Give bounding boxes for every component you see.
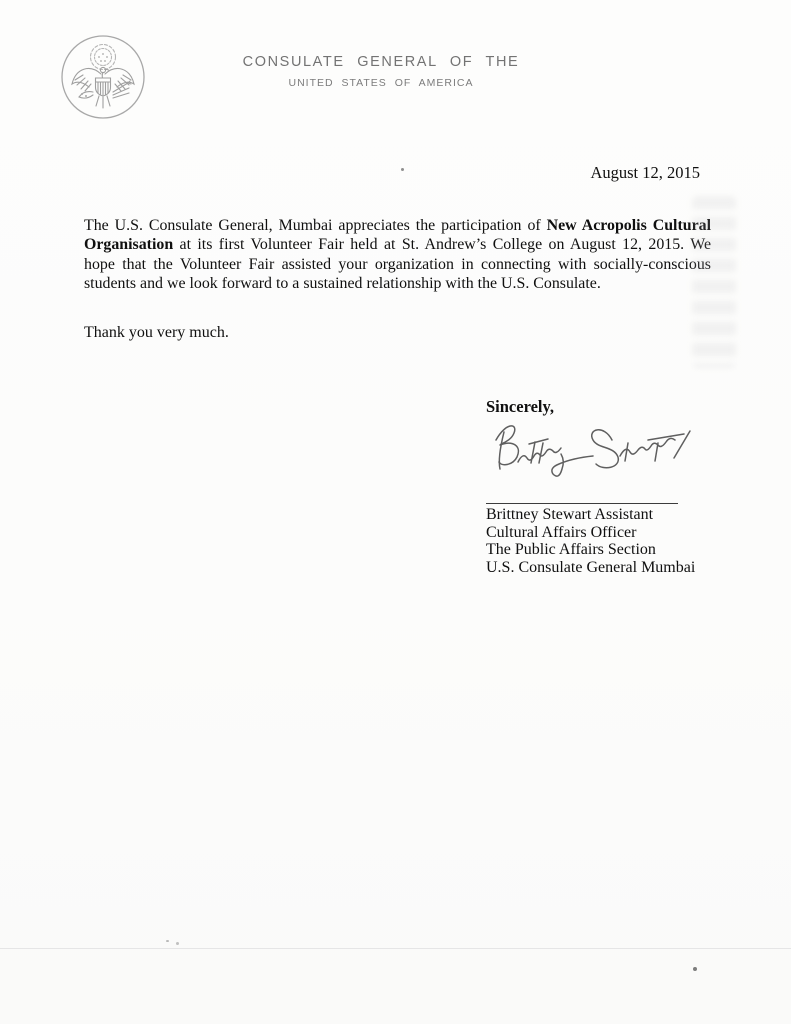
thanks-line: Thank you very much. bbox=[84, 324, 229, 342]
signature-block: Brittney Stewart Assistant Cultural Affa… bbox=[486, 506, 695, 577]
body-line-3: hope that the Volunteer Fair assisted yo… bbox=[84, 255, 711, 274]
signer-org: U.S. Consulate General Mumbai bbox=[486, 559, 695, 577]
us-great-seal-icon bbox=[58, 30, 148, 124]
org-name-bold: New Acropolis Cultural bbox=[547, 217, 711, 234]
letterhead-line-2: UNITED STATES OF AMERICA bbox=[226, 77, 536, 89]
letter-date: August 12, 2015 bbox=[590, 163, 700, 183]
signer-name-title: Brittney Stewart Assistant bbox=[486, 506, 695, 524]
scan-speck bbox=[166, 940, 169, 942]
signer-section: The Public Affairs Section bbox=[486, 541, 695, 559]
handwritten-signature bbox=[488, 416, 693, 494]
scan-line-artifact bbox=[0, 948, 791, 949]
body-text: hope that the Volunteer Fair assisted yo… bbox=[84, 256, 711, 273]
letterhead: CONSULATE GENERAL OF THE UNITED STATES O… bbox=[226, 54, 536, 89]
body-text: students and we look forward to a sustai… bbox=[84, 275, 601, 292]
body-line-2: Organisation at its first Volunteer Fair… bbox=[84, 235, 711, 254]
closing-salutation: Sincerely, bbox=[486, 397, 554, 417]
scanned-letter-page: CONSULATE GENERAL OF THE UNITED STATES O… bbox=[0, 0, 791, 1024]
body-text: at its first Volunteer Fair held at St. … bbox=[173, 236, 711, 253]
body-text: The U.S. Consulate General, Mumbai appre… bbox=[84, 217, 547, 234]
signature-rule bbox=[486, 503, 678, 504]
letterhead-line-1: CONSULATE GENERAL OF THE bbox=[226, 54, 536, 70]
letter-body: The U.S. Consulate General, Mumbai appre… bbox=[84, 216, 711, 294]
org-name-bold: Organisation bbox=[84, 236, 173, 253]
body-line-1: The U.S. Consulate General, Mumbai appre… bbox=[84, 216, 711, 235]
body-line-4: students and we look forward to a sustai… bbox=[84, 274, 711, 293]
scan-speck bbox=[401, 168, 404, 171]
page-bleedthrough-artifact bbox=[692, 196, 736, 368]
scan-speck bbox=[693, 967, 697, 971]
signer-title-2: Cultural Affairs Officer bbox=[486, 524, 695, 542]
scan-speck bbox=[176, 942, 179, 945]
